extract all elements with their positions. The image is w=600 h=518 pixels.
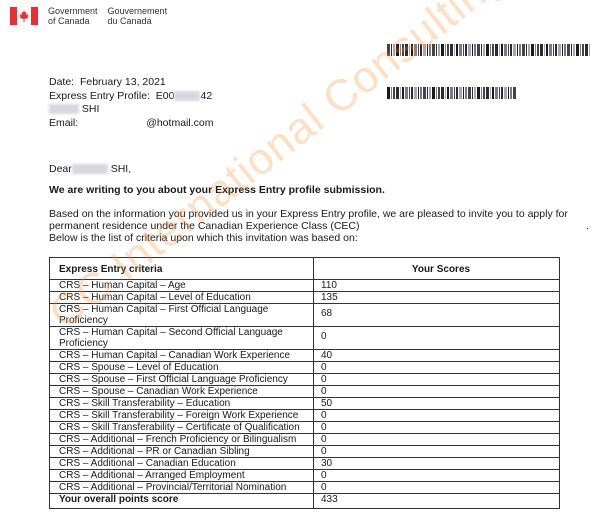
- criteria-cell: CRS – Human Capital – Second Official La…: [50, 327, 314, 350]
- header-scores: Your Scores: [314, 258, 560, 280]
- total-score: 433: [314, 494, 560, 509]
- table-header-row: Express Entry criteria Your Scores: [50, 258, 560, 280]
- score-cell: 0: [314, 446, 560, 458]
- table-row: CRS – Skill Transferability – Education5…: [50, 398, 560, 410]
- criteria-cell: CRS – Skill Transferability – Certificat…: [50, 422, 314, 434]
- flag-center: [17, 7, 31, 25]
- table-row: CRS – Spouse – Level of Education0: [50, 362, 560, 374]
- redacted-profile-number: [174, 91, 200, 101]
- org-fr-line2: du Canada: [108, 16, 168, 26]
- salutation: Dear SHI,: [49, 163, 131, 175]
- email-label: Email:: [49, 117, 78, 129]
- barcode-top: [387, 44, 594, 56]
- profile-suffix: 42: [200, 90, 212, 102]
- criteria-cell: CRS – Human Capital – Age: [50, 280, 314, 292]
- profile-label: Express Entry Profile:: [49, 90, 150, 102]
- intro-heading: We are writing to you about your Express…: [49, 184, 385, 196]
- score-cell: 30: [314, 458, 560, 470]
- score-cell: 0: [314, 374, 560, 386]
- score-cell: 40: [314, 350, 560, 362]
- date-row: Date: February 13, 2021: [49, 76, 213, 90]
- flag-bar-left: [10, 7, 17, 25]
- barcode-bottom: [387, 87, 520, 99]
- salutation-suffix: SHI,: [111, 163, 131, 175]
- criteria-cell: CRS – Skill Transferability – Education: [50, 398, 314, 410]
- table-row: CRS – Additional – PR or Canadian Siblin…: [50, 446, 560, 458]
- criteria-score-table: Express Entry criteria Your Scores CRS –…: [49, 257, 560, 509]
- redacted-salutation-name: [72, 164, 108, 174]
- criteria-cell: CRS – Additional – French Proficiency or…: [50, 434, 314, 446]
- paragraph-line1: Based on the information you provided us…: [49, 208, 589, 220]
- table-row: CRS – Additional – Arranged Employment0: [50, 470, 560, 482]
- org-fr-line1: Gouvernement: [108, 6, 168, 16]
- score-cell: 0: [314, 362, 560, 374]
- name-row: SHI: [49, 103, 213, 117]
- salutation-prefix: Dear: [49, 163, 72, 175]
- score-cell: 0: [314, 482, 560, 494]
- score-cell: 68: [314, 304, 560, 327]
- org-en-line1: Government: [48, 6, 98, 16]
- paragraph-line2: permanent residence under the Canadian E…: [49, 220, 589, 232]
- total-label: Your overall points score: [50, 494, 314, 509]
- table-body: CRS – Human Capital – Age110CRS – Human …: [50, 280, 560, 509]
- score-cell: 0: [314, 327, 560, 350]
- criteria-cell: CRS – Human Capital – Canadian Work Expe…: [50, 350, 314, 362]
- wordmark-english: Government of Canada: [48, 6, 98, 26]
- table-row: CRS – Human Capital – Level of Education…: [50, 292, 560, 304]
- score-cell: 0: [314, 386, 560, 398]
- criteria-cell: CRS – Spouse – First Official Language P…: [50, 374, 314, 386]
- profile-row: Express Entry Profile: E0042: [49, 90, 213, 104]
- table-row: CRS – Additional – Canadian Education30: [50, 458, 560, 470]
- email-domain: @hotmail.com: [146, 117, 213, 129]
- table-row: CRS – Additional – French Proficiency or…: [50, 434, 560, 446]
- redacted-first-name: [49, 104, 79, 114]
- date-label: Date:: [49, 76, 74, 88]
- maple-leaf-icon: [19, 10, 29, 22]
- table-row: CRS – Additional – Provincial/Territoria…: [50, 482, 560, 494]
- table-row: CRS – Human Capital – Second Official La…: [50, 327, 560, 350]
- letter-metadata: Date: February 13, 2021 Express Entry Pr…: [49, 76, 213, 130]
- trailing-dot: .: [586, 220, 589, 232]
- canada-flag-icon: [10, 7, 38, 25]
- invitation-paragraph: Based on the information you provided us…: [49, 208, 589, 244]
- score-cell: 50: [314, 398, 560, 410]
- criteria-cell: CRS – Skill Transferability – Foreign Wo…: [50, 410, 314, 422]
- table-row: CRS – Human Capital – Age110: [50, 280, 560, 292]
- profile-prefix: E00: [156, 90, 175, 102]
- paragraph-line3: Below is the list of criteria upon which…: [49, 232, 589, 244]
- score-cell: 0: [314, 470, 560, 482]
- criteria-cell: CRS – Additional – Arranged Employment: [50, 470, 314, 482]
- table-row: CRS – Spouse – Canadian Work Experience0: [50, 386, 560, 398]
- criteria-cell: CRS – Additional – Canadian Education: [50, 458, 314, 470]
- criteria-cell: CRS – Additional – PR or Canadian Siblin…: [50, 446, 314, 458]
- header-criteria: Express Entry criteria: [50, 258, 314, 280]
- score-cell: 135: [314, 292, 560, 304]
- date-value: February 13, 2021: [80, 76, 166, 88]
- score-cell: 110: [314, 280, 560, 292]
- criteria-cell: CRS – Spouse – Level of Education: [50, 362, 314, 374]
- applicant-surname: SHI: [82, 103, 100, 115]
- government-header: Government of Canada Gouvernement du Can…: [10, 6, 177, 26]
- score-cell: 0: [314, 410, 560, 422]
- table-row: CRS – Skill Transferability – Certificat…: [50, 422, 560, 434]
- score-cell: 0: [314, 434, 560, 446]
- criteria-cell: CRS – Additional – Provincial/Territoria…: [50, 482, 314, 494]
- score-cell: 0: [314, 422, 560, 434]
- table-row: CRS – Human Capital – First Official Lan…: [50, 304, 560, 327]
- criteria-cell: CRS – Spouse – Canadian Work Experience: [50, 386, 314, 398]
- government-wordmark: Government of Canada Gouvernement du Can…: [48, 6, 177, 26]
- flag-bar-right: [31, 7, 38, 25]
- wordmark-french: Gouvernement du Canada: [108, 6, 168, 26]
- total-row: Your overall points score433: [50, 494, 560, 509]
- criteria-cell: CRS – Human Capital – Level of Education: [50, 292, 314, 304]
- table-row: CRS – Skill Transferability – Foreign Wo…: [50, 410, 560, 422]
- email-row: Email:@hotmail.com: [49, 117, 213, 131]
- criteria-cell: CRS – Human Capital – First Official Lan…: [50, 304, 314, 327]
- table-row: CRS – Spouse – First Official Language P…: [50, 374, 560, 386]
- table-row: CRS – Human Capital – Canadian Work Expe…: [50, 350, 560, 362]
- org-en-line2: of Canada: [48, 16, 98, 26]
